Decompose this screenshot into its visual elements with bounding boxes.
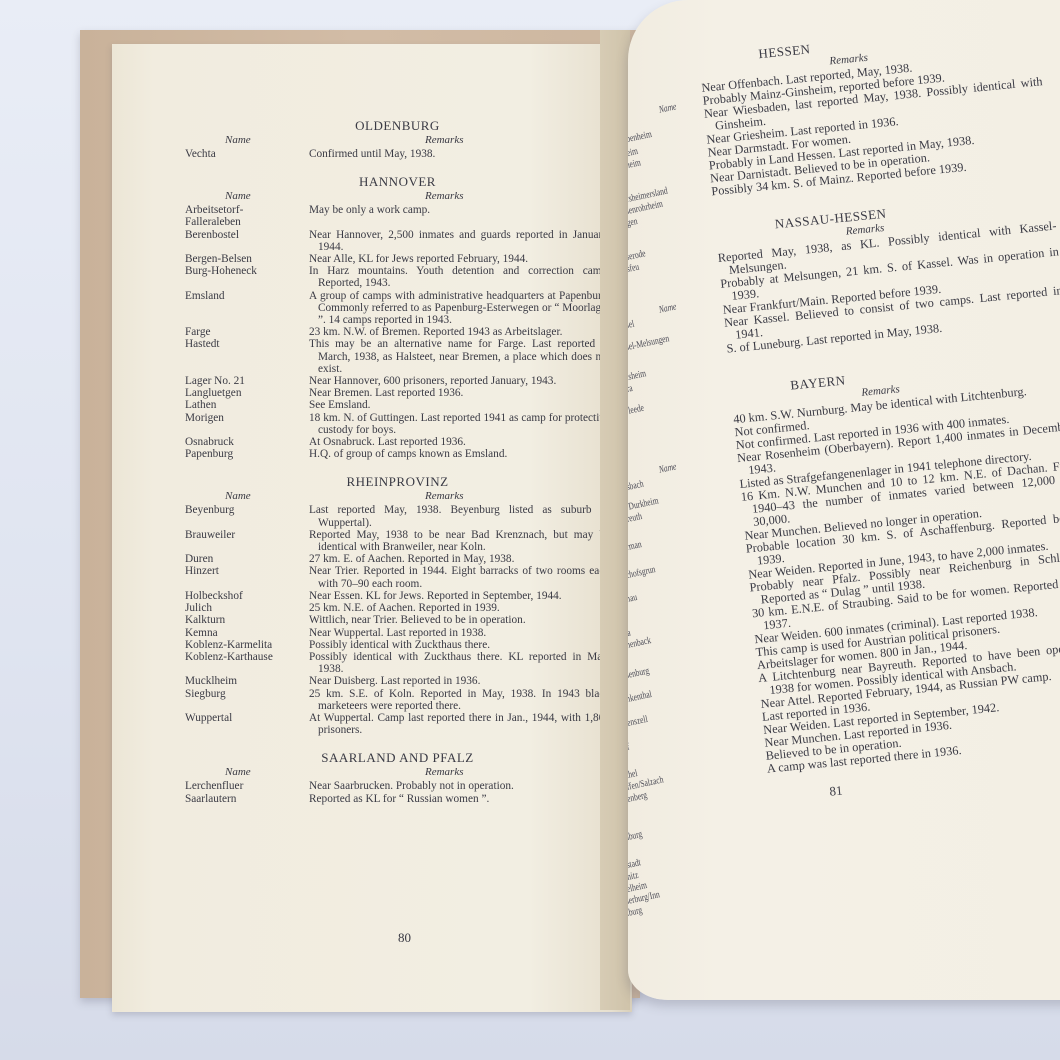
gutter-name: nsbach [628,479,645,494]
column-headers: Name Remarks [185,134,610,148]
entry-name: Kemna [185,627,309,639]
right-page: Nameebenheimheimsheimersheimerslandssenr… [628,0,1060,1000]
section-title: SAARLAND AND PFALZ [185,750,610,766]
remarks-header: Remarks [829,52,868,68]
entry-name: Vechta [185,148,309,160]
entry-name: Siegburg [185,688,309,712]
entry-name: Lager No. 21 [185,375,309,387]
column-headers: Name Remarks [185,490,610,504]
remarks-header: Remarks [425,490,464,502]
table-row: Siegburg25 km. S.E. of Koln. Reported in… [185,688,610,712]
section-rheinprovinz: RHEINPROVINZ Name Remarks BeyenburgLast … [185,474,610,736]
gutter-name: enkenthal [628,689,653,706]
table-row: EmslandA group of camps with administrat… [185,290,610,327]
table-row: KalkturnWittlich, near Trier. Believed t… [185,614,610,626]
table-row: HolbeckshofNear Essen. KL for Jews. Repo… [185,590,610,602]
entry-remarks: Possibly identical with Zuckthaus there.… [309,651,610,675]
gutter-name: ngen [628,216,639,230]
entry-name: Langluetgen [185,387,309,399]
gutter-name: sheim [628,157,642,171]
table-row: Morigen18 km. N. of Guttingen. Last repo… [185,412,610,436]
table-row: KemnaNear Wuppertal. Last reported in 19… [185,627,610,639]
section-title: OLDENBURG [185,118,610,134]
gutter-name: rzburg [628,905,643,920]
gutter-name: chau [628,592,638,606]
gutter-name: erman [628,539,643,554]
entry-name: Farge [185,326,309,338]
entry-remarks: Near Hannover, 2,500 inmates and guards … [309,229,610,253]
entry-remarks: At Wuppertal. Camp last reported there i… [309,712,610,736]
entry-name: Berenbostel [185,229,309,253]
entry-remarks: Reported May, 1938 to be near Bad Krenzn… [309,529,610,553]
entry-remarks: Near Alle, KL for Jews reported February… [309,253,610,265]
gutter-names-partial: Nameebenheimheimsheimersheimerslandssenr… [628,95,708,975]
entry-remarks: 23 km. N.W. of Bremen. Reported 1943 as … [309,326,610,338]
table-row: LangluetgenNear Bremen. Last reported 19… [185,387,610,399]
entry-remarks: Confirmed until May, 1938. [309,148,610,160]
gutter-name: ebenheim [628,129,653,146]
table-row: LerchenfluerNear Saarbrucken. Probably n… [185,780,610,792]
entry-name: Kalkturn [185,614,309,626]
section-title: HANNOVER [185,174,610,190]
gutter-name: ssel-Melsungen [628,333,670,354]
entry-name: Brauweiler [185,529,309,553]
entry-remarks: This may be an alternative name for Farg… [309,338,610,375]
gutter-name: ttenberg [628,790,648,806]
name-header: Name [225,490,251,502]
entry-name: Lerchenfluer [185,780,309,792]
table-row: LathenSee Emsland. [185,399,610,411]
gutter-name: dra [628,383,634,396]
remarks-header: Remarks [861,383,900,399]
section-nassau-hessen: NASSAU-HESSEN Remarks Reported May, 1938… [714,190,1060,356]
table-row: Duren27 km. E. of Aachen. Reported in Ma… [185,553,610,565]
entry-remarks: 27 km. E. of Aachen. Reported in May, 19… [309,553,610,565]
entry-remarks: May be only a work camp. [309,204,610,228]
gutter-name: schofsgrun [628,564,656,582]
entry-name: Holbeckshof [185,590,309,602]
gutter-name: of [628,742,630,754]
gutter-name: elsheim [628,368,647,384]
section-oldenburg: OLDENBURG Name Remarks VechtaConfirmed u… [185,118,610,160]
entry-name: Osnabruck [185,436,309,448]
gutter-name: Name [658,301,677,315]
entry-name: Koblenz-Karthause [185,651,309,675]
name-header: Name [225,190,251,202]
entry-remarks: 25 km. S.E. of Koln. Reported in May, 19… [309,688,610,712]
gutter-name: yreuth [628,511,643,526]
gutter-name: d Durkheim [628,496,660,514]
table-row: Lager No. 21Near Hannover, 600 prisoners… [185,375,610,387]
table-row: Koblenz-KarthausePossibly identical with… [185,651,610,675]
gutter-name: Name [658,101,677,115]
entry-remarks: Near Hannover, 600 prisoners, reported J… [309,375,610,387]
section-bayern: BAYERN Remarks 40 km. S.W. Nurnburg. May… [730,351,1060,776]
gutter-name: Name [658,461,677,475]
table-row: Bergen-BelsenNear Alle, KL for Jews repo… [185,253,610,265]
table-row: VechtaConfirmed until May, 1938. [185,148,610,160]
gutter-name: Uleede [628,403,645,418]
section-saarland-pfalz: SAARLAND AND PFALZ Name Remarks Lerchenf… [185,750,610,804]
entry-remarks: Near Bremen. Last reported 1936. [309,387,610,399]
gutter-name: ttenszell [628,714,649,730]
table-row: PapenburgH.Q. of group of camps known as… [185,448,610,460]
entry-remarks: A group of camps with administrative hea… [309,290,610,327]
remarks-header: Remarks [845,222,884,238]
entry-remarks: At Osnabruck. Last reported 1936. [309,436,610,448]
entry-remarks: See Emsland. [309,399,610,411]
remarks-header: Remarks [425,134,464,146]
entry-remarks: Last reported May, 1938. Beyenburg liste… [309,504,610,528]
entry-remarks: Reported as KL for “ Russian women ”. [309,793,610,805]
book-gutter [600,30,630,1010]
entry-name: Hastedt [185,338,309,375]
entry-remarks: Possibly identical with Zuckthaus there. [309,639,610,651]
entry-name: Bergen-Belsen [185,253,309,265]
entry-name: Papenburg [185,448,309,460]
left-page-content: OLDENBURG Name Remarks VechtaConfirmed u… [185,118,610,819]
page-number: 80 [398,930,411,946]
column-headers: Name Remarks [185,190,610,204]
entry-remarks: Near Duisberg. Last reported in 1936. [309,675,610,687]
section-title: RHEINPROVINZ [185,474,610,490]
entry-remarks: 25 km. N.E. of Aachen. Reported in 1939. [309,602,610,614]
entry-remarks: Wittlich, near Trier. Believed to be in … [309,614,610,626]
table-row: Arbeitsetorf- FalleralebenMay be only a … [185,204,610,228]
entry-name: Koblenz-Karmelita [185,639,309,651]
entry-name: Hinzert [185,565,309,589]
table-row: BrauweilerReported May, 1938 to be near … [185,529,610,553]
table-row: Farge23 km. N.W. of Bremen. Reported 194… [185,326,610,338]
gutter-name: dsfeu [628,262,640,276]
entry-remarks: Near Essen. KL for Jews. Reported in Sep… [309,590,610,602]
name-header: Name [225,134,251,146]
table-row: Burg-HoheneckIn Harz mountains. Youth de… [185,265,610,289]
table-row: HinzertNear Trier. Reported in 1944. Eig… [185,565,610,589]
remarks-header: Remarks [425,190,464,202]
entry-name: Arbeitsetorf- Falleraleben [185,204,309,228]
entry-remarks: Near Wuppertal. Last reported in 1938. [309,627,610,639]
entry-name: Burg-Hoheneck [185,265,309,289]
table-row: BerenbostelNear Hannover, 2,500 inmates … [185,229,610,253]
section-hannover: HANNOVER Name Remarks Arbeitsetorf- Fall… [185,174,610,460]
entry-remarks: H.Q. of group of camps known as Emsland. [309,448,610,460]
table-row: SaarlauternReported as KL for “ Russian … [185,793,610,805]
entry-remarks: Near Saarbrucken. Probably not in operat… [309,780,610,792]
entry-name: Mucklheim [185,675,309,687]
remarks-header: Remarks [425,766,464,778]
section-hessen: HESSEN Remarks Near Offenbach. Last repo… [698,19,1051,198]
table-row: WuppertalAt Wuppertal. Camp last reporte… [185,712,610,736]
entry-name: Saarlautern [185,793,309,805]
table-row: HastedtThis may be an alternative name f… [185,338,610,375]
table-row: MucklheimNear Duisberg. Last reported in… [185,675,610,687]
gutter-name: ssenburg [628,665,650,681]
gutter-name: mburg [628,829,643,844]
entry-name: Duren [185,553,309,565]
table-row: OsnabruckAt Osnabruck. Last reported 193… [185,436,610,448]
entry-remarks: Near Trier. Reported in 1944. Eight barr… [309,565,610,589]
entry-remarks: 18 km. N. of Guttingen. Last reported 19… [309,412,610,436]
name-header: Name [225,766,251,778]
entry-name: Julich [185,602,309,614]
entry-name: Wuppertal [185,712,309,736]
table-row: BeyenburgLast reported May, 1938. Beyenb… [185,504,610,528]
entry-name: Beyenburg [185,504,309,528]
column-headers: Name Remarks [185,766,610,780]
left-page: OLDENBURG Name Remarks VechtaConfirmed u… [112,44,632,1012]
entry-name: Morigen [185,412,309,436]
table-row: Julich25 km. N.E. of Aachen. Reported in… [185,602,610,614]
entry-remarks: In Harz mountains. Youth detention and c… [309,265,610,289]
entry-name: Emsland [185,290,309,327]
gutter-name: ssel [628,319,635,332]
right-page-content: HESSEN Remarks Near Offenbach. Last repo… [698,19,1060,805]
entry-name: Lathen [185,399,309,411]
table-row: Koblenz-KarmelitaPossibly identical with… [185,639,610,651]
